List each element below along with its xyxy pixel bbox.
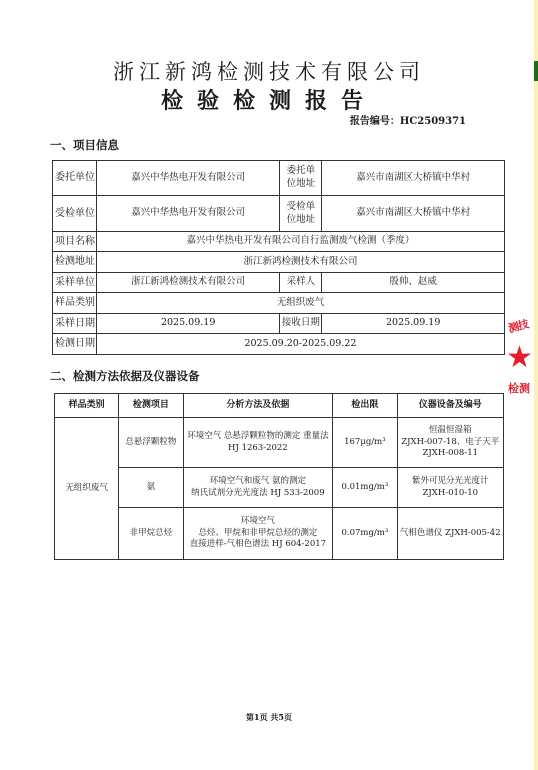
star-icon: ★: [506, 340, 533, 375]
equipment-line: 紫外可见分光光度计: [398, 476, 504, 487]
table-row: 氨 环境空气和废气 氨的测定 纳氏试剂分光光度法 HJ 533-2009 0.0…: [55, 468, 504, 508]
inspected-unit-label: 受检单位: [53, 196, 97, 232]
sample-type-cell: 无组织废气: [55, 418, 119, 560]
sampling-date-label: 采样日期: [53, 314, 97, 334]
project-name-label: 项目名称: [53, 232, 97, 252]
page-number: 第1页 共5页: [0, 712, 538, 723]
test-date-value: 2025.09.20-2025.09.22: [96, 334, 504, 355]
table-row: 项目名称 嘉兴中华热电开发有限公司自行监测废气检测（季度）: [53, 232, 505, 252]
client-address-label: 委托单位地址: [280, 161, 322, 196]
equipment-line: 气相色谱仪 ZJXH-005-42: [398, 528, 504, 539]
equipment-line: 恒温恒湿箱: [398, 425, 504, 436]
method-line: 直接进样-气相色谱法 HJ 604-2017: [184, 539, 333, 550]
report-number: 报告编号：HC2509371: [350, 112, 466, 127]
method-line: 总烃、甲烷和非甲烷总烃的测定: [184, 528, 333, 539]
client-label: 委托单位: [53, 161, 97, 196]
test-item-cell: 非甲烷总烃: [119, 508, 183, 560]
table-row: 非甲烷总烃 环境空气 总烃、甲烷和非甲烷总烃的测定 直接进样-气相色谱法 HJ …: [55, 508, 504, 560]
method-line: 环境空气和废气 氨的测定: [184, 476, 333, 487]
table-row: 采样日期 2025.09.19 接收日期 2025.09.19: [53, 314, 505, 334]
method-cell: 环境空气 总烃、甲烷和非甲烷总烃的测定 直接进样-气相色谱法 HJ 604-20…: [183, 508, 333, 560]
receive-date-value: 2025.09.19: [322, 314, 505, 334]
method-line: 环境空气 总悬浮颗粒物的测定 重量法: [184, 431, 333, 442]
table-row: 采样单位 浙江新鸿检测技术有限公司 采样人 殷帅、赵威: [53, 273, 505, 293]
test-item-cell: 总悬浮颗粒物: [119, 418, 183, 468]
inspected-address-value: 嘉兴市南湖区大桥镇中华村: [322, 196, 505, 232]
column-header: 样品类别: [55, 394, 119, 418]
equipment-line: ZJXH-010-10: [398, 488, 504, 499]
test-site-label: 检测地址: [53, 252, 97, 273]
project-name-value: 嘉兴中华热电开发有限公司自行监测废气检测（季度）: [96, 232, 504, 252]
equipment-cell: 紫外可见分光光度计 ZJXH-010-10: [397, 468, 504, 508]
sample-type-label: 样品类别: [53, 293, 97, 314]
client-address-value: 嘉兴市南湖区大桥镇中华村: [322, 161, 505, 196]
sampler-label: 采样人: [280, 273, 322, 293]
test-site-value: 浙江新鸿检测技术有限公司: [96, 252, 504, 273]
method-line: 环境空气: [184, 516, 333, 527]
seal-bottom-text: 检测: [508, 380, 530, 396]
table-header-row: 样品类别 检测项目 分析方法及依据 检出限 仪器设备及编号: [55, 394, 504, 418]
table-row: 委托单位 嘉兴中华热电开发有限公司 委托单位地址 嘉兴市南湖区大桥镇中华村: [53, 161, 505, 196]
method-cell: 环境空气 总悬浮颗粒物的测定 重量法 HJ 1263-2022: [183, 418, 333, 468]
table-row: 样品类别 无组织废气: [53, 293, 505, 314]
equipment-cell: 恒温恒湿箱 ZJXH-007-18、电子天平 ZJXH-008-11: [397, 418, 504, 468]
inspected-address-label: 受检单位地址: [280, 196, 322, 232]
sampling-unit-value: 浙江新鸿检测技术有限公司: [96, 273, 280, 293]
equipment-cell: 气相色谱仪 ZJXH-005-42: [397, 508, 504, 560]
column-header: 检出限: [333, 394, 397, 418]
methods-table: 样品类别 检测项目 分析方法及依据 检出限 仪器设备及编号 无组织废气 总悬浮颗…: [54, 393, 504, 560]
section-title-methods: 二、检测方法依据及仪器设备: [50, 368, 200, 384]
detection-limit-cell: 0.07mg/m³: [333, 508, 397, 560]
report-number-label: 报告编号：: [350, 116, 400, 127]
test-date-label: 检测日期: [53, 334, 97, 355]
seal-top-text: 测技: [506, 316, 529, 337]
table-row: 受检单位 嘉兴中华热电开发有限公司 受检单位地址 嘉兴市南湖区大桥镇中华村: [53, 196, 505, 232]
method-line: HJ 1263-2022: [184, 443, 333, 454]
column-header: 检测项目: [119, 394, 183, 418]
company-name: 浙江新鸿检测技术有限公司: [0, 56, 538, 86]
report-number-value: HC2509371: [400, 116, 466, 127]
sampling-date-value: 2025.09.19: [96, 314, 280, 334]
table-row: 检测日期 2025.09.20-2025.09.22: [53, 334, 505, 355]
table-row: 无组织废气 总悬浮颗粒物 环境空气 总悬浮颗粒物的测定 重量法 HJ 1263-…: [55, 418, 504, 468]
sample-type-value: 无组织废气: [96, 293, 504, 314]
method-line: 纳氏试剂分光光度法 HJ 533-2009: [184, 488, 333, 499]
column-header: 仪器设备及编号: [397, 394, 504, 418]
sampling-unit-label: 采样单位: [53, 273, 97, 293]
detection-limit-cell: 167μg/m³: [333, 418, 397, 468]
receive-date-label: 接收日期: [280, 314, 322, 334]
client-value: 嘉兴中华热电开发有限公司: [96, 161, 280, 196]
equipment-line: ZJXH-007-18、电子天平: [398, 437, 504, 448]
project-info-table: 委托单位 嘉兴中华热电开发有限公司 委托单位地址 嘉兴市南湖区大桥镇中华村 受检…: [52, 160, 505, 355]
method-cell: 环境空气和废气 氨的测定 纳氏试剂分光光度法 HJ 533-2009: [183, 468, 333, 508]
column-header: 分析方法及依据: [183, 394, 333, 418]
equipment-line: ZJXH-008-11: [398, 448, 504, 459]
inspected-unit-value: 嘉兴中华热电开发有限公司: [96, 196, 280, 232]
table-row: 检测地址 浙江新鸿检测技术有限公司: [53, 252, 505, 273]
section-title-project-info: 一、项目信息: [50, 137, 119, 153]
detection-limit-cell: 0.01mg/m³: [333, 468, 397, 508]
test-item-cell: 氨: [119, 468, 183, 508]
report-title: 检验检测报告: [0, 84, 538, 115]
official-seal-stamp: 测技 ★ 检测: [506, 310, 536, 405]
sampler-value: 殷帅、赵威: [322, 273, 505, 293]
